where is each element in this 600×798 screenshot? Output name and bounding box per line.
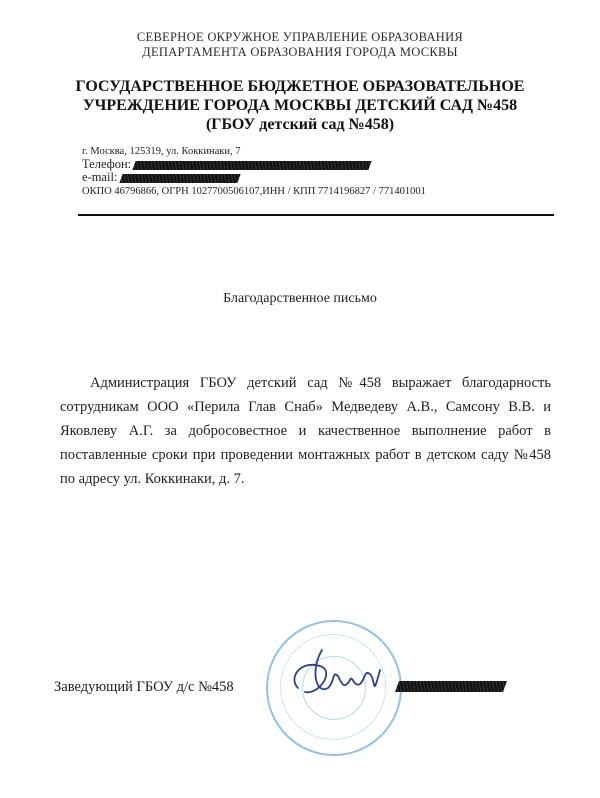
institution-line-3: (ГБОУ детский сад №458) xyxy=(0,115,600,134)
signatory-position: Заведующий ГБОУ д/с №458 xyxy=(54,679,234,696)
phone-row: Телефон: xyxy=(82,158,370,171)
org-line-1: СЕВЕРНОЕ ОКРУЖНОЕ УПРАВЛЕНИЕ ОБРАЗОВАНИЯ xyxy=(0,30,600,45)
redacted-email xyxy=(119,174,240,183)
phone-label: Телефон: xyxy=(82,157,131,171)
institution-line-2: УЧРЕЖДЕНИЕ ГОРОДА МОСКВЫ ДЕТСКИЙ САД №45… xyxy=(0,96,600,115)
header-divider xyxy=(78,214,554,216)
letter-body: Администрация ГБОУ детский сад №458 выра… xyxy=(60,371,551,491)
email-label: e-mail: xyxy=(82,170,117,184)
org-line-2: ДЕПАРТАМЕНТА ОБРАЗОВАНИЯ ГОРОДА МОСКВЫ xyxy=(0,45,600,60)
letter-paragraph: Администрация ГБОУ детский сад №458 выра… xyxy=(60,371,551,491)
signature-icon xyxy=(280,640,390,720)
letter-title: Благодарственное письмо xyxy=(0,291,600,307)
email-row: e-mail: xyxy=(82,171,239,184)
registry-codes: ОКПО 46796866, ОГРН 1027700506107,ИНН / … xyxy=(82,186,426,198)
redacted-phone xyxy=(133,161,372,170)
institution-line-1: ГОСУДАРСТВЕННОЕ БЮДЖЕТНОЕ ОБРАЗОВАТЕЛЬНО… xyxy=(0,77,600,96)
redacted-signatory-name xyxy=(395,681,507,692)
